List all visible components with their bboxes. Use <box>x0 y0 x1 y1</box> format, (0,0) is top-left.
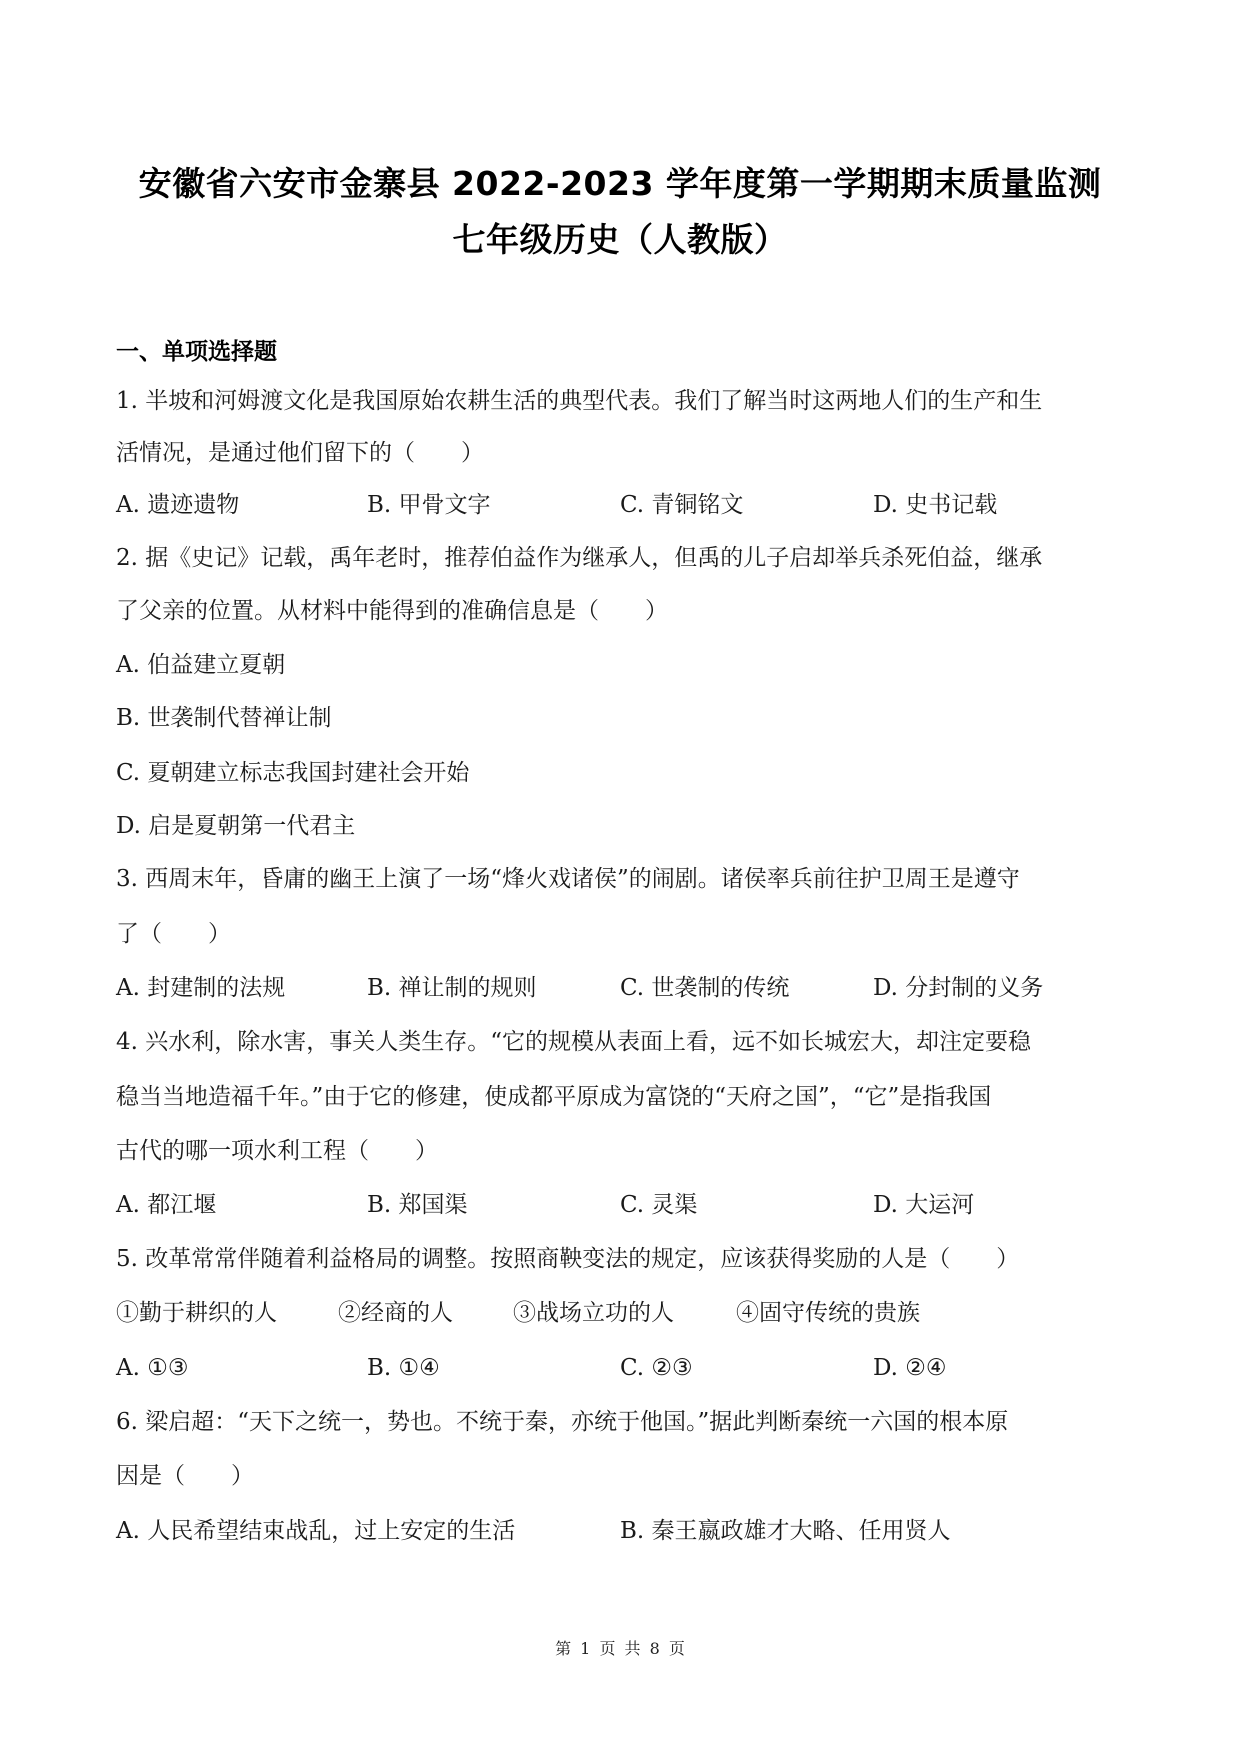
question-5-option-a: A. ①③ <box>116 1353 188 1383</box>
question-5-item-1: ①勤于耕织的人 <box>116 1298 277 1328</box>
question-3-option-c: C. 世袭制的传统 <box>620 973 789 1003</box>
question-1-option-b: B. 甲骨文字 <box>367 490 491 520</box>
question-3-option-b: B. 禅让制的规则 <box>367 973 537 1003</box>
question-4-option-b: B. 郑国渠 <box>367 1190 468 1220</box>
question-5-item-2: ②经商的人 <box>338 1298 453 1328</box>
page-number-footer: 第 1 页 共 8 页 <box>0 1636 1240 1659</box>
question-4-option-d: D. 大运河 <box>873 1190 974 1220</box>
question-6-line-2: 因是（ ） <box>116 1461 254 1491</box>
exam-title-line1: 安徽省六安市金寨县 2022-2023 学年度第一学期期末质量监测 <box>0 158 1240 205</box>
question-2-line-2: 了父亲的位置。从材料中能得到的准确信息是（ ） <box>116 596 668 626</box>
question-6-option-a: A. 人民希望结束战乱，过上安定的生活 <box>116 1516 515 1546</box>
section-heading: 一、单项选择题 <box>116 333 277 366</box>
question-2-option-c: C. 夏朝建立标志我国封建社会开始 <box>116 758 469 788</box>
question-2-option-a: A. 伯益建立夏朝 <box>116 650 285 680</box>
question-1-option-d: D. 史书记载 <box>873 490 997 520</box>
question-1-option-a: A. 遗迹遗物 <box>116 490 239 520</box>
question-3-option-a: A. 封建制的法规 <box>116 973 285 1003</box>
question-3-line-2: 了（ ） <box>116 919 231 949</box>
question-5-option-c: C. ②③ <box>620 1353 693 1383</box>
question-5-option-b: B. ①④ <box>367 1353 440 1383</box>
question-4-line-2: 稳当当地造福千年。”由于它的修建，使成都平原成为富饶的“天府之国”，“它”是指我… <box>116 1082 991 1112</box>
question-2-option-b: B. 世袭制代替禅让制 <box>116 703 332 733</box>
question-4-line-3: 古代的哪一项水利工程（ ） <box>116 1136 438 1166</box>
question-5-item-4: ④固守传统的贵族 <box>736 1298 920 1328</box>
question-5-item-3: ③战场立功的人 <box>513 1298 674 1328</box>
question-2-option-d: D. 启是夏朝第一代君主 <box>116 811 355 841</box>
question-1-option-c: C. 青铜铭文 <box>620 490 743 520</box>
exam-page: 安徽省六安市金寨县 2022-2023 学年度第一学期期末质量监测 七年级历史（… <box>0 0 1240 1753</box>
question-6-line-1: 6. 梁启超：“天下之统一，势也。不统于秦，亦统于他国。”据此判断秦统一六国的根… <box>116 1407 1008 1437</box>
exam-title-line2: 七年级历史（人教版） <box>0 214 1240 261</box>
question-4-option-a: A. 都江堰 <box>116 1190 216 1220</box>
question-6-option-b: B. 秦王嬴政雄才大略、任用贤人 <box>620 1516 951 1546</box>
question-1-line-2: 活情况，是通过他们留下的（ ） <box>116 438 484 468</box>
question-3-option-d: D. 分封制的义务 <box>873 973 1043 1003</box>
question-5-line-1: 5. 改革常常伴随着利益格局的调整。按照商鞅变法的规定，应该获得奖励的人是（ ） <box>116 1244 1019 1274</box>
question-5-option-d: D. ②④ <box>873 1353 946 1383</box>
question-4-line-1: 4. 兴水利，除水害，事关人类生存。“它的规模从表面上看，远不如长城宏大，却注定… <box>116 1027 1031 1057</box>
question-2-line-1: 2. 据《史记》记载，禹年老时，推荐伯益作为继承人，但禹的儿子启却举兵杀死伯益，… <box>116 543 1042 573</box>
question-3-line-1: 3. 西周末年，昏庸的幽王上演了一场“烽火戏诸侯”的闹剧。诸侯率兵前往护卫周王是… <box>116 864 1020 894</box>
question-4-option-c: C. 灵渠 <box>620 1190 697 1220</box>
question-1-line-1: 1. 半坡和河姆渡文化是我国原始农耕生活的典型代表。我们了解当时这两地人们的生产… <box>116 386 1042 416</box>
